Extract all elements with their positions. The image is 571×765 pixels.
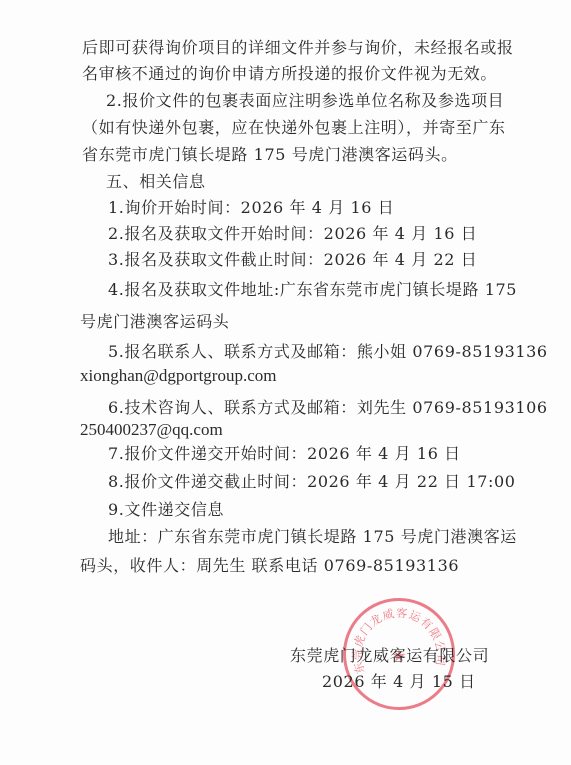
info-item-2: 2.报名及获取文件开始时间：2026 年 4 月 16 日 — [108, 224, 477, 244]
delivery-address-line: 地址：广东省东莞市虎门镇长堤路 175 号虎门港澳客运 — [108, 527, 517, 547]
tech-email: 250400237@qq.com — [80, 420, 223, 440]
info-item-8: 8.报价文件递交截止时间：2026 年 4 月 22 日 17:00 — [108, 472, 516, 492]
item-2-line: 省东莞市虎门镇长堤路 175 号虎门港澳客运码头。 — [82, 145, 458, 165]
info-item-4: 4.报名及获取文件地址:广东省东莞市虎门镇长堤路 175 — [108, 280, 517, 300]
info-item-1: 1.询价开始时间：2026 年 4 月 16 日 — [108, 198, 394, 218]
signature-company: 东莞虎门龙威客运有限公司 — [290, 646, 489, 666]
signature-date: 2026 年 4 月 15 日 — [322, 672, 476, 692]
info-item-3: 3.报名及获取文件截止时间：2026 年 4 月 22 日 — [108, 250, 477, 270]
info-item-7: 7.报价文件递交开始时间：2026 年 4 月 16 日 — [108, 444, 461, 464]
delivery-recipient-line: 码头，收件人：周先生 联系电话 0769-85193136 — [80, 556, 459, 576]
item-2-line: （如有快递外包裹，应在快递外包裹上注明），并寄至广东 — [82, 118, 506, 138]
paragraph-line: 后即可获得询价项目的详细文件并参与询价，未经报名或报 — [82, 38, 514, 58]
section-heading: 五、相关信息 — [106, 172, 206, 192]
document-page: 后即可获得询价项目的详细文件并参与询价，未经报名或报 名审核不通过的询价申请方所… — [0, 0, 571, 765]
info-item-4-continuation: 号虎门港澳客运码头 — [80, 312, 229, 332]
paragraph-line: 名审核不通过的询价申请方所投递的报价文件视为无效。 — [82, 64, 497, 84]
contact-email: xionghan@dgportgroup.com — [80, 366, 277, 386]
info-item-9: 9.文件递交信息 — [108, 500, 224, 520]
item-2-line: 2.报价文件的包裹表面应注明参选单位名称及参选项目 — [106, 91, 504, 111]
info-item-6: 6.技术咨询人、联系方式及邮箱：刘先生 0769-85193106 — [108, 398, 548, 418]
info-item-5: 5.报名联系人、联系方式及邮箱：熊小姐 0769-85193136 — [108, 342, 548, 362]
